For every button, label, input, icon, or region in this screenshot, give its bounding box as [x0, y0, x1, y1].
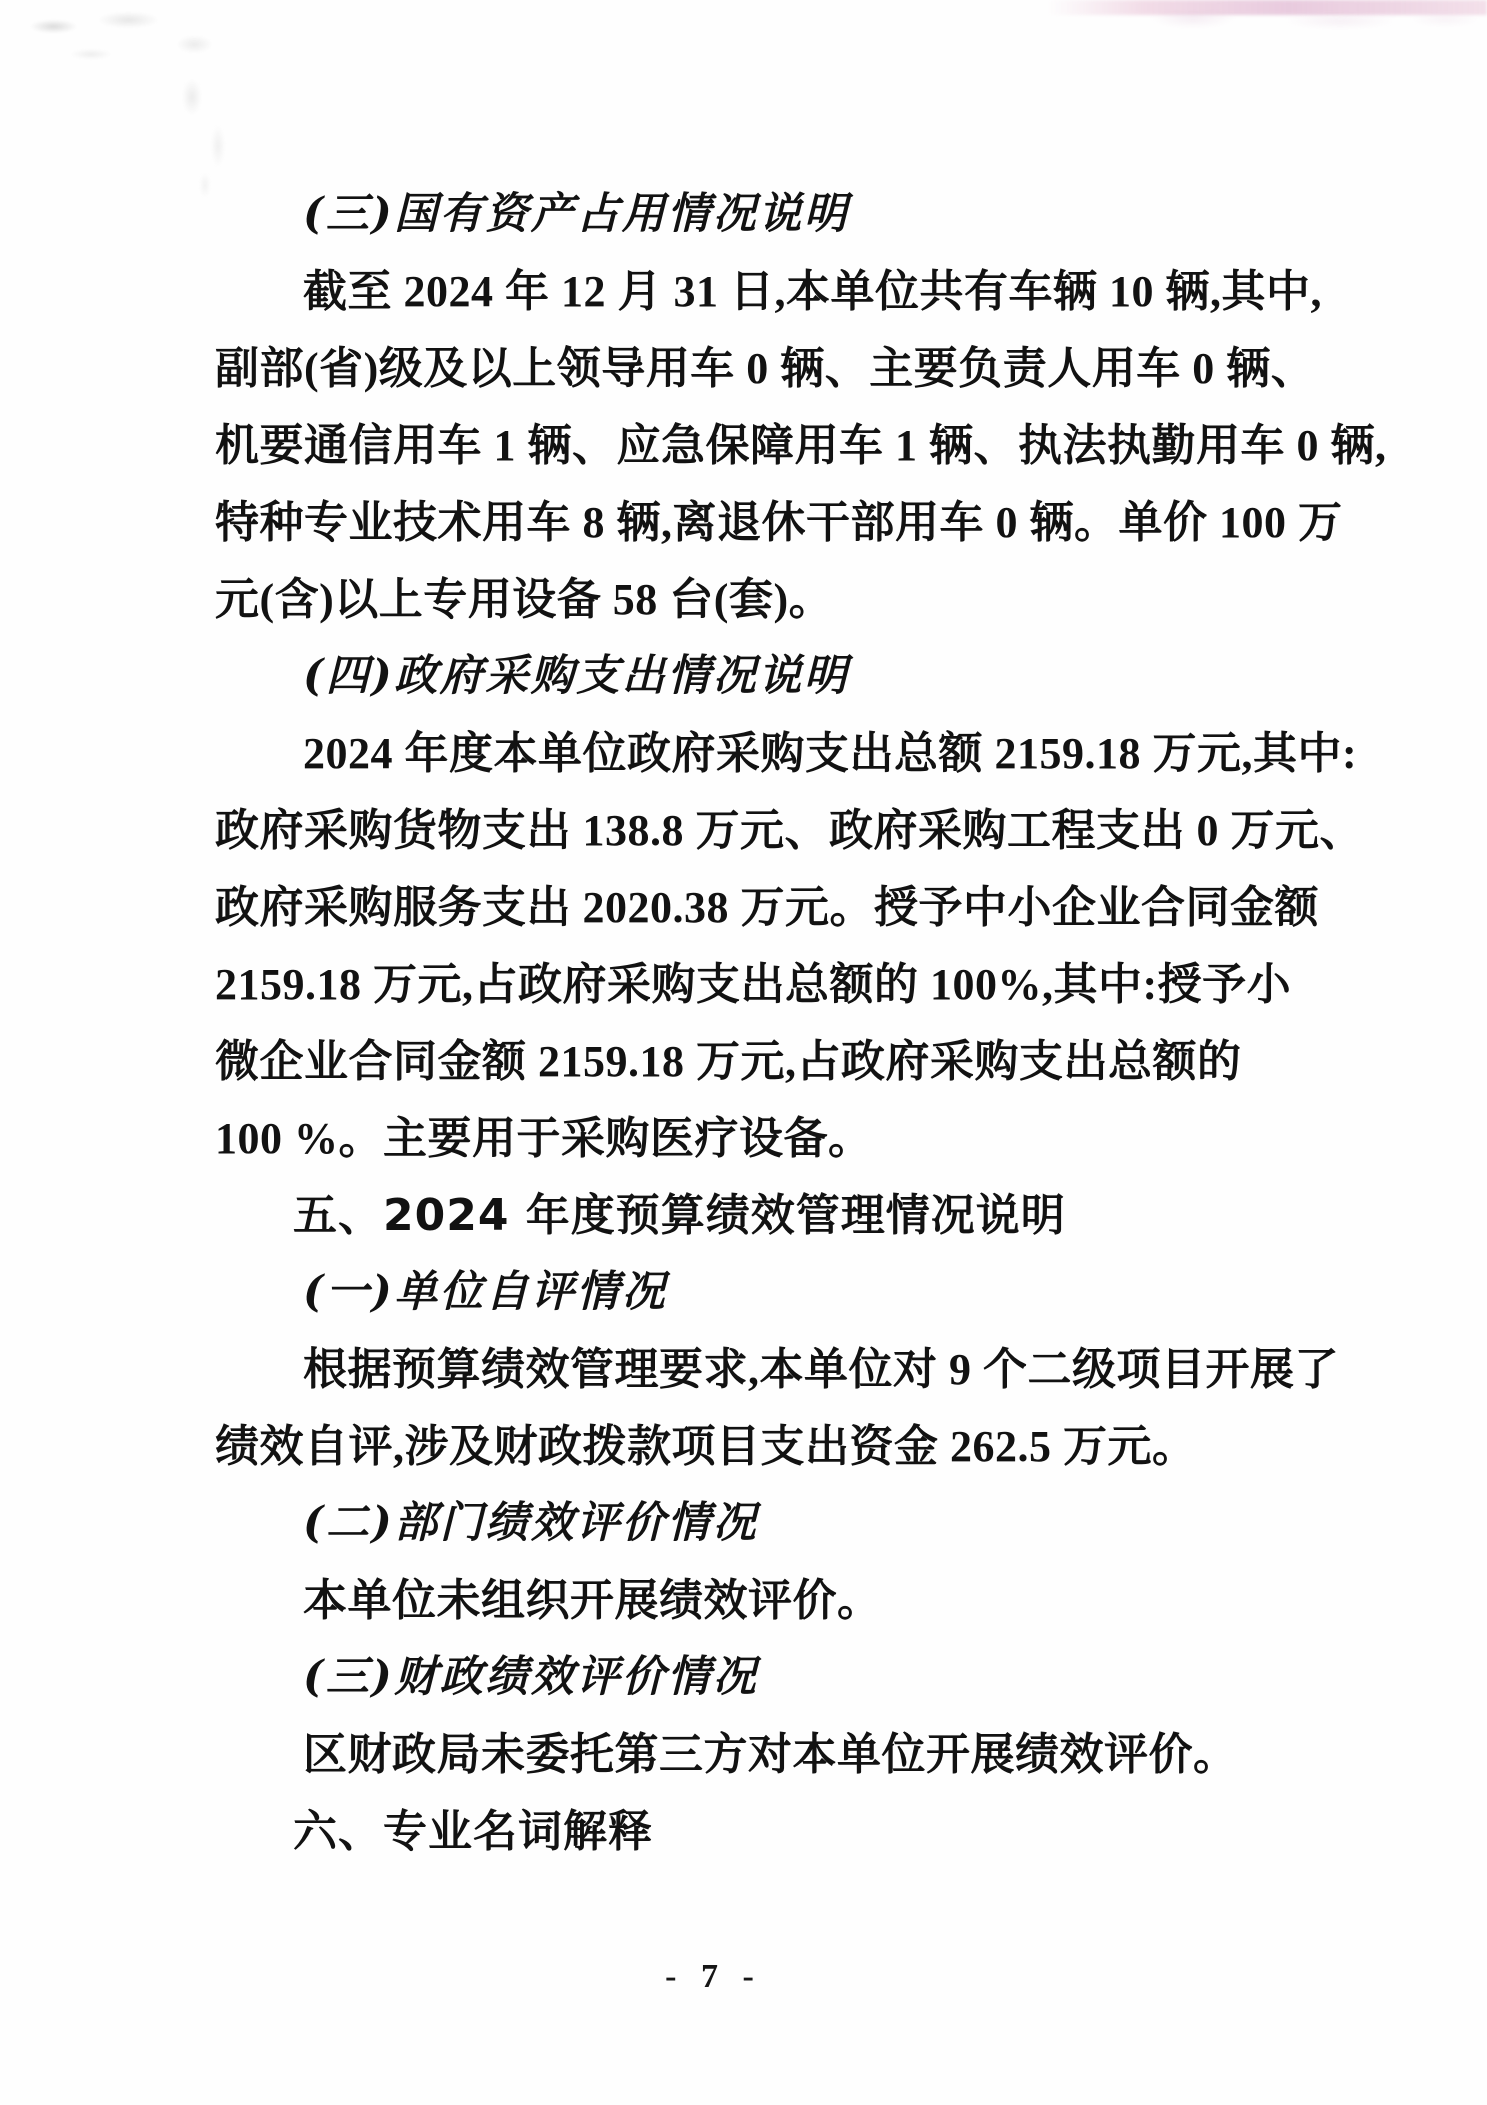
section-heading: (二)部门绩效评价情况: [215, 1485, 1305, 1562]
page-number: - 7 -: [0, 1958, 1457, 1996]
chapter-heading: 五、2024 年度预算绩效管理情况说明: [215, 1177, 1305, 1254]
scanned-document-page: (三)国有资产占用情况说明 截至 2024 年 12 月 31 日,本单位共有车…: [0, 0, 1487, 2105]
text-line: 2159.18 万元,占政府采购支出总额的 100%,其中:授予小: [215, 946, 1305, 1023]
text-line: 截至 2024 年 12 月 31 日,本单位共有车辆 10 辆,其中,: [215, 253, 1305, 330]
scan-artifact-pink-fade: [1067, 13, 1487, 39]
section-heading: (一)单位自评情况: [215, 1254, 1305, 1331]
text-line: 政府采购货物支出 138.8 万元、政府采购工程支出 0 万元、: [215, 792, 1305, 869]
text-line: 本单位未组织开展绩效评价。: [215, 1562, 1305, 1639]
section-heading: (三)财政绩效评价情况: [215, 1639, 1305, 1716]
text-line: 机要通信用车 1 辆、应急保障用车 1 辆、执法执勤用车 0 辆,: [215, 407, 1305, 484]
text-line: 绩效自评,涉及财政拨款项目支出资金 262.5 万元。: [215, 1408, 1305, 1485]
text-line: 副部(省)级及以上领导用车 0 辆、主要负责人用车 0 辆、: [215, 330, 1305, 407]
text-line: 100 %。主要用于采购医疗设备。: [215, 1100, 1305, 1177]
text-line: 区财政局未委托第三方对本单位开展绩效评价。: [215, 1716, 1305, 1793]
text-line: 2024 年度本单位政府采购支出总额 2159.18 万元,其中:: [215, 715, 1305, 792]
text-line: 微企业合同金额 2159.18 万元,占政府采购支出总额的: [215, 1023, 1305, 1100]
text-line: 根据预算绩效管理要求,本单位对 9 个二级项目开展了: [215, 1331, 1305, 1408]
text-line: 政府采购服务支出 2020.38 万元。授予中小企业合同金额: [215, 869, 1305, 946]
chapter-heading: 六、专业名词解释: [215, 1793, 1305, 1870]
section-heading: (四)政府采购支出情况说明: [215, 638, 1305, 715]
text-line: 特种专业技术用车 8 辆,离退休干部用车 0 辆。单价 100 万: [215, 484, 1305, 561]
document-body: (三)国有资产占用情况说明 截至 2024 年 12 月 31 日,本单位共有车…: [215, 176, 1305, 1870]
text-line: 元(含)以上专用设备 58 台(套)。: [215, 561, 1305, 638]
section-heading: (三)国有资产占用情况说明: [215, 176, 1305, 253]
